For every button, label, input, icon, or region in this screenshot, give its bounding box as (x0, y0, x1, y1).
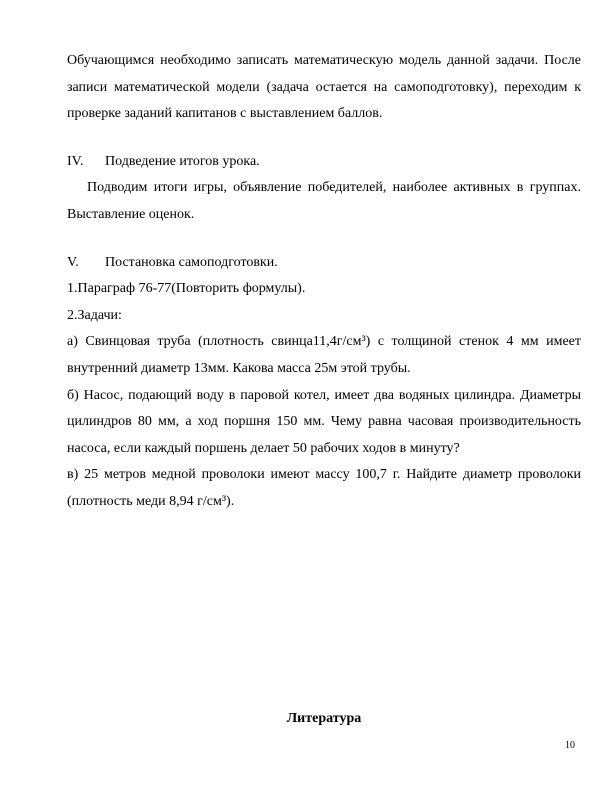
text-line: б) Насос, подающий воду в паровой котел,… (67, 383, 581, 410)
text-line: Подводим итоги игры, объявление победите… (67, 175, 581, 202)
text-line: цилиндров 80 мм, а ход поршня 150 мм. Че… (67, 409, 581, 436)
text-line: (плотность меди 8,94 г/см³). (67, 489, 581, 516)
text-line: насоса, если каждый поршень делает 50 ра… (67, 436, 581, 463)
page-number: 10 (565, 740, 575, 752)
text-line: Выставление оценок. (67, 202, 581, 229)
section-v-heading: V.Постановка самоподготовки. (67, 250, 581, 277)
section-v: V.Постановка самоподготовки. 1.Параграф … (67, 250, 581, 516)
task-b: б) Насос, подающий воду в паровой котел,… (67, 383, 581, 463)
task-a: а) Свинцовая труба (плотность свинца11,4… (67, 329, 581, 382)
text-line: а) Свинцовая труба (плотность свинца11,4… (67, 329, 581, 356)
homework-item-paragraph: 1.Параграф 76-77(Повторить формулы). (67, 276, 581, 303)
literature-heading: Литература (67, 709, 581, 729)
text-line: проверке заданий капитанов с выставление… (67, 101, 581, 128)
section-iv-title: Подведение итогов урока. (105, 154, 260, 169)
section-iv-number: IV. (67, 149, 105, 176)
document-page: Обучающимся необходимо записать математи… (0, 0, 612, 792)
text-line: Обучающимся необходимо записать математи… (67, 48, 581, 75)
paragraph-intro: Обучающимся необходимо записать математи… (67, 48, 581, 128)
text-line: записи математической модели (задача ост… (67, 75, 581, 102)
section-v-number: V. (67, 250, 105, 277)
homework-item-tasks: 2.Задачи: (67, 303, 581, 330)
task-v: в) 25 метров медной проволоки имеют масс… (67, 462, 581, 515)
section-v-title: Постановка самоподготовки. (105, 255, 278, 270)
text-line: внутренний диаметр 13мм. Какова масса 25… (67, 356, 581, 383)
document-body: Обучающимся необходимо записать математи… (67, 48, 581, 516)
text-line: в) 25 метров медной проволоки имеют масс… (67, 462, 581, 489)
section-iv-heading: IV.Подведение итогов урока. (67, 149, 581, 176)
section-iv: IV.Подведение итогов урока. Подводим ито… (67, 149, 581, 229)
